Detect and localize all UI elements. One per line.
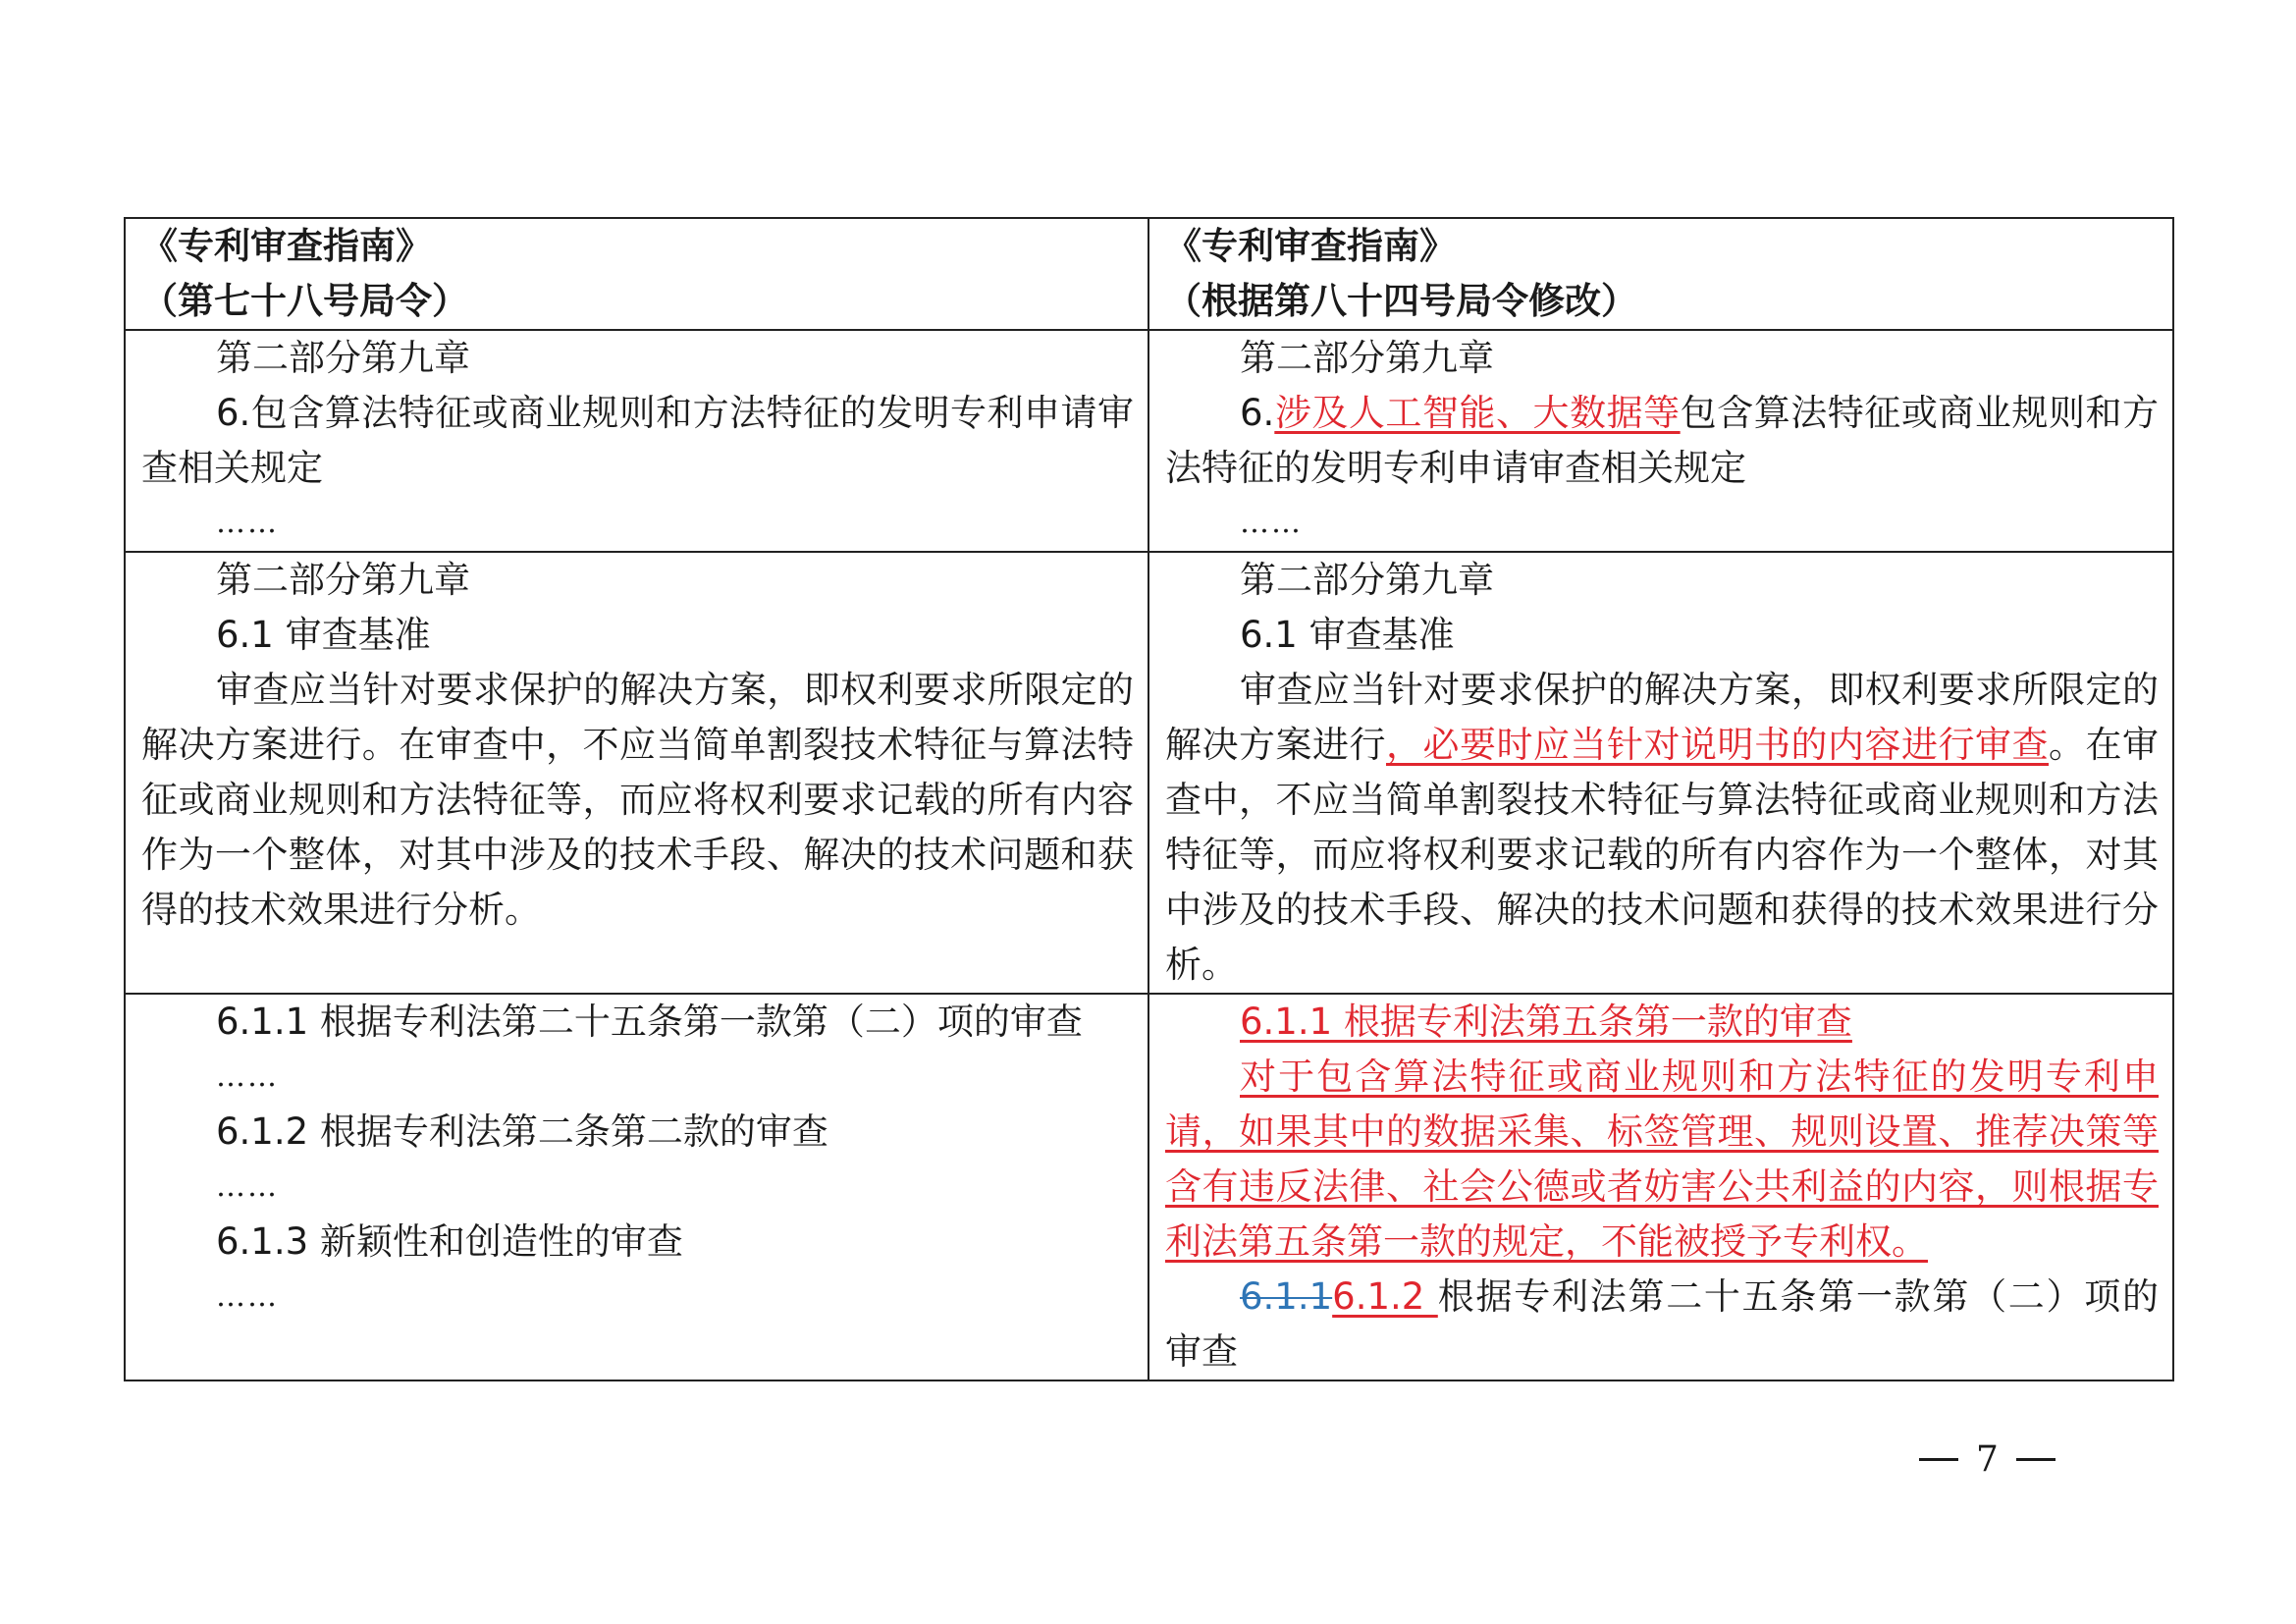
subsection-heading: 6.1.3 新颖性和创造性的审查 (141, 1215, 1134, 1270)
inserted-text: 涉及人工智能、大数据等 (1274, 392, 1680, 434)
ellipsis: …… (1165, 496, 2159, 551)
cell-new: 6.1.1 根据专利法第五条第一款的审查 对于包含算法特征或商业规则和方法特征的… (1148, 994, 2173, 1380)
section-heading: 6.包含算法特征或商业规则和方法特征的发明专利申请审查相关规定 (141, 386, 1134, 496)
comparison-table: 《专利审查指南》 （第七十八号局令） 《专利审查指南》 （根据第八十四号局令修改… (124, 217, 2174, 1381)
ellipsis: …… (141, 496, 1134, 551)
body-text: 审查应当针对要求保护的解决方案，即权利要求所限定的解决方案进行，必要时应当针对说… (1165, 663, 2159, 993)
header-new-subtitle: （根据第八十四号局令修改） (1165, 274, 2159, 329)
table-row: 第二部分第九章 6.包含算法特征或商业规则和方法特征的发明专利申请审查相关规定 … (125, 330, 2173, 552)
header-old-subtitle: （第七十八号局令） (141, 274, 1134, 329)
header-old-title: 《专利审查指南》 (141, 219, 1134, 274)
dash-left (1919, 1458, 1958, 1461)
subsection-heading: 6.1.1 根据专利法第五条第一款的审查 (1165, 995, 2159, 1050)
deleted-text: 6.1.1 (1240, 1275, 1332, 1318)
table-row: 6.1.1 根据专利法第二十五条第一款第（二）项的审查 …… 6.1.2 根据专… (125, 994, 2173, 1380)
table-header-row: 《专利审查指南》 （第七十八号局令） 《专利审查指南》 （根据第八十四号局令修改… (125, 218, 2173, 330)
ellipsis: …… (141, 1050, 1134, 1105)
inserted-text: ，必要时应当针对说明书的内容进行审查 (1386, 724, 2049, 766)
cell-new: 第二部分第九章 6.涉及人工智能、大数据等包含算法特征或商业规则和方法特征的发明… (1148, 330, 2173, 552)
cell-old: 第二部分第九章 6.1 审查基准 审查应当针对要求保护的解决方案，即权利要求所限… (125, 552, 1148, 994)
dash-right (2016, 1458, 2056, 1461)
section-heading: 6.1 审查基准 (141, 608, 1134, 663)
header-old-version: 《专利审查指南》 （第七十八号局令） (125, 218, 1148, 330)
subsection-heading: 6.1.1 根据专利法第二十五条第一款第（二）项的审查 (141, 995, 1134, 1050)
section-heading: 6.涉及人工智能、大数据等包含算法特征或商业规则和方法特征的发明专利申请审查相关… (1165, 386, 2159, 496)
inserted-text: 对于包含算法特征或商业规则和方法特征的发明专利申请，如果其中的数据采集、标签管理… (1165, 1056, 2159, 1263)
ellipsis: …… (141, 1270, 1134, 1325)
chapter-label: 第二部分第九章 (141, 553, 1134, 608)
table-row: 第二部分第九章 6.1 审查基准 审查应当针对要求保护的解决方案，即权利要求所限… (125, 552, 2173, 994)
page-number: 7 (1919, 1439, 2056, 1480)
subsection-heading: 6.1.2 根据专利法第二条第二款的审查 (141, 1105, 1134, 1160)
header-new-version: 《专利审查指南》 （根据第八十四号局令修改） (1148, 218, 2173, 330)
chapter-label: 第二部分第九章 (1165, 553, 2159, 608)
heading-prefix: 6. (1240, 392, 1274, 434)
cell-old: 第二部分第九章 6.包含算法特征或商业规则和方法特征的发明专利申请审查相关规定 … (125, 330, 1148, 552)
inserted-text: 6.1.1 根据专利法第五条第一款的审查 (1240, 1001, 1852, 1043)
subsection-heading: 6.1.16.1.2 根据专利法第二十五条第一款第（二）项的审查 (1165, 1270, 2159, 1380)
cell-new: 第二部分第九章 6.1 审查基准 审查应当针对要求保护的解决方案，即权利要求所限… (1148, 552, 2173, 994)
cell-old: 6.1.1 根据专利法第二十五条第一款第（二）项的审查 …… 6.1.2 根据专… (125, 994, 1148, 1380)
ellipsis: …… (141, 1160, 1134, 1215)
inserted-text: 6.1.2 (1332, 1275, 1438, 1318)
section-heading: 6.1 审查基准 (1165, 608, 2159, 663)
body-text: 审查应当针对要求保护的解决方案，即权利要求所限定的解决方案进行。在审查中，不应当… (141, 663, 1134, 938)
document-page: 《专利审查指南》 （第七十八号局令） 《专利审查指南》 （根据第八十四号局令修改… (0, 0, 2296, 1624)
header-new-title: 《专利审查指南》 (1165, 219, 2159, 274)
page-number-value: 7 (1976, 1439, 1999, 1480)
body-text: 对于包含算法特征或商业规则和方法特征的发明专利申请，如果其中的数据采集、标签管理… (1165, 1050, 2159, 1270)
chapter-label: 第二部分第九章 (1165, 331, 2159, 386)
chapter-label: 第二部分第九章 (141, 331, 1134, 386)
